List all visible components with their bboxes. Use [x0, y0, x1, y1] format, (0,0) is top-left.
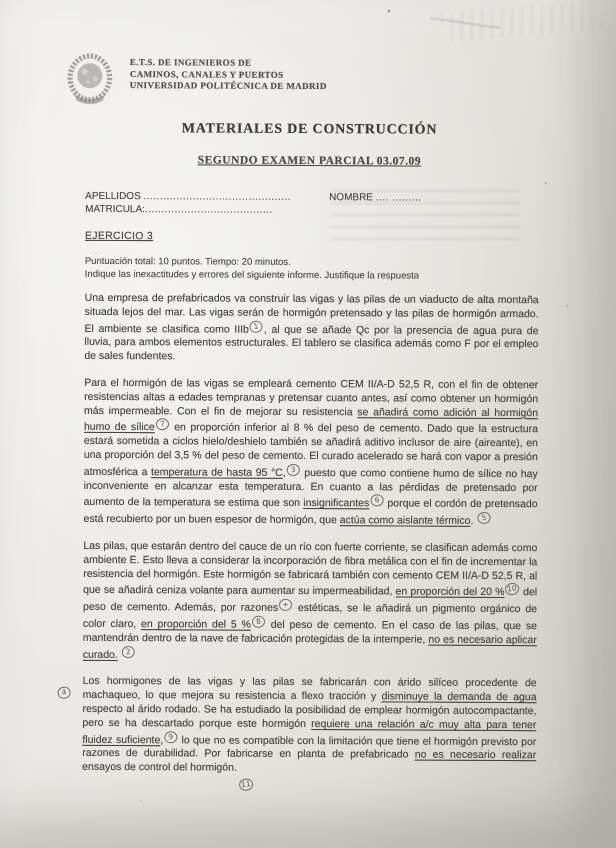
underlined-text: insignificantes [303, 497, 369, 509]
exercise-heading: EJERCICIO 3 [85, 230, 153, 242]
text-run: , [283, 467, 286, 479]
text-run: , [160, 734, 163, 746]
matricula-row: MATRICULA: .............................… [85, 203, 537, 218]
error-annotation: 7 [155, 418, 169, 431]
matricula-label: MATRICULA: [85, 203, 145, 216]
report-paragraph: 4Los hormigones de las vigas y las pilas… [82, 675, 537, 797]
error-annotation: 2 [121, 645, 135, 658]
text-run [118, 649, 121, 661]
error-annotation: 11 [238, 778, 253, 791]
error-annotation: 5 [477, 511, 491, 524]
apellidos-label: APELLIDOS [85, 190, 141, 203]
institution-line: UNIVERSIDAD POLITÉCNICA DE MADRID [130, 80, 327, 93]
page-content: E.T.S. DE INGENIEROS DE CAMINOS, CANALES… [0, 0, 616, 848]
margin-error-annotation: 4 [56, 686, 71, 701]
apellidos-fill-line: ........................................… [144, 190, 292, 204]
instruction-line: Puntuación total: 10 puntos. Tiempo: 20 … [85, 256, 419, 270]
text-run: ensayos de control del hormigón. [82, 761, 237, 774]
nombre-label: NOMBRE [329, 191, 373, 204]
error-annotation: + [278, 598, 292, 611]
underlined-text: no es necesario realizar [415, 749, 537, 762]
report-paragraph: Una empresa de prefabricados va construi… [84, 292, 538, 366]
report-paragraph: Para el hormigón de las vigas se emplear… [83, 377, 538, 529]
course-title: MATERIALES DE CONSTRUCCIÓN [2, 120, 616, 139]
underlined-text: en proporción del 5 % [141, 618, 251, 631]
error-annotation: 10 [505, 583, 520, 596]
underlined-text: disminuye la demanda de agua [381, 691, 536, 704]
instruction-line: Indique las inexactitudes y errores del … [85, 268, 419, 282]
underlined-text: en proporción del 20 % [396, 586, 505, 599]
error-annotation: 6 [370, 494, 384, 507]
university-crest-icon [66, 53, 114, 105]
text-run: . [470, 515, 476, 527]
institution-line: E.T.S. DE INGENIEROS DE [130, 57, 327, 70]
report-body: Una empresa de prefabricados va construi… [82, 292, 539, 810]
matricula-fill-line: ....................................... [145, 203, 273, 217]
student-id-form: APELLIDOS ..............................… [85, 190, 537, 218]
error-annotation: 8 [251, 615, 265, 628]
nombre-fill-line: .... ......... [376, 191, 422, 204]
underlined-text: actúa como aislante térmico [340, 514, 471, 527]
exam-instructions: Puntuación total: 10 puntos. Tiempo: 20 … [85, 256, 419, 283]
report-paragraph: Las pilas, que estarán dentro del cauce … [83, 540, 538, 665]
underlined-text: temperatura de hasta 95 °C [151, 466, 283, 479]
institution-header: E.T.S. DE INGENIEROS DE CAMINOS, CANALES… [130, 57, 327, 93]
exam-subtitle: SEGUNDO EXAMEN PARCIAL 03.07.09 [1, 153, 616, 168]
scanned-exam-page: E.T.S. DE INGENIEROS DE CAMINOS, CANALES… [0, 0, 616, 848]
error-annotation: 3 [286, 463, 300, 476]
institution-line: CAMINOS, CANALES Y PUERTOS [130, 69, 327, 82]
footer-annotation-row: 11 [82, 778, 536, 797]
error-annotation: 1 [249, 320, 263, 333]
error-annotation: 9 [164, 730, 178, 743]
